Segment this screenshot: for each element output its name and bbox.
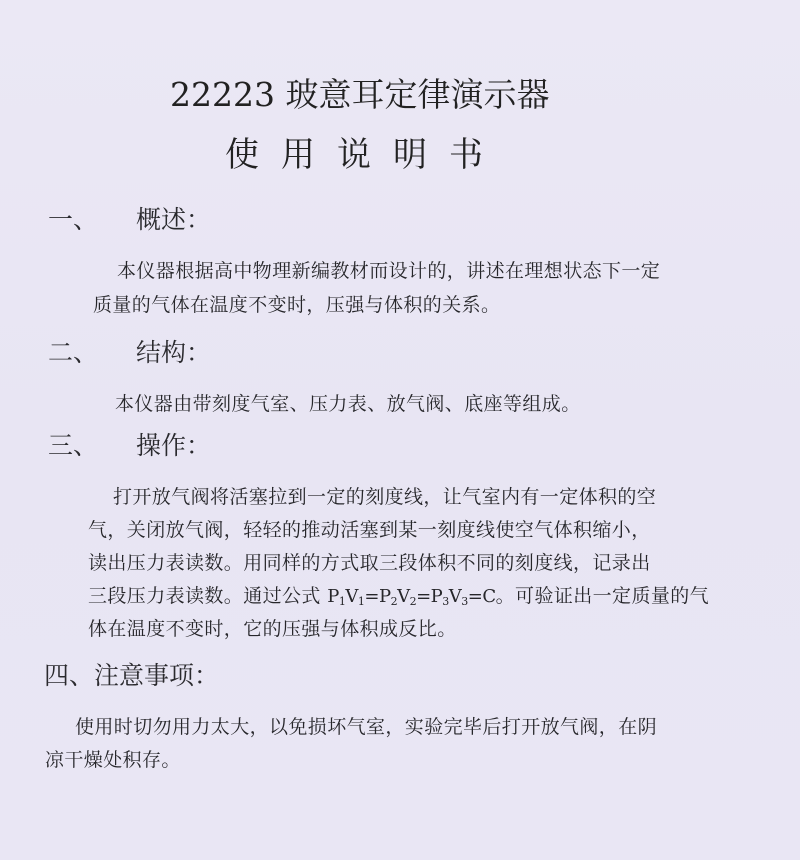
instruction-manual-page: 22223 玻意耳定律演示器 使用说明书 一、概述： 本仪器根据高中物理新编教材… <box>0 0 800 860</box>
section-title: 注意事项： <box>94 661 219 690</box>
formula-intro-text: 三段压力表读数。通过公式 <box>88 585 321 607</box>
formula-outro-text: 。可验证出一定质量的气 <box>496 585 709 607</box>
document-title: 22223 玻意耳定律演示器 <box>170 78 549 111</box>
document-subtitle: 使用说明书 <box>225 138 505 172</box>
section-heading-overview: 一、概述： <box>48 207 211 232</box>
section-heading-precautions: 四、注意事项： <box>44 663 219 688</box>
operation-paragraph-line-4: 三段压力表读数。通过公式 P1V1=P2V2=P3V3=C。可验证出一定质量的气 <box>88 587 709 606</box>
operation-paragraph-line-6: 体在温度不变时，它的压强与体积成反比。 <box>88 620 457 639</box>
section-number: 四、 <box>44 663 94 688</box>
overview-paragraph-line-2: 质量的气体在温度不变时，压强与体积的关系。 <box>93 296 500 315</box>
section-number: 三、 <box>48 433 136 458</box>
section-title: 概述： <box>136 205 211 234</box>
overview-paragraph-line-1: 本仪器根据高中物理新编教材而设计的，讲述在理想状态下一定 <box>117 262 660 281</box>
operation-paragraph-line-2: 气，关闭放气阀，轻轻的推动活塞到某一刻度线使空气体积缩小， <box>88 521 651 540</box>
precautions-paragraph-line-2: 凉干燥处积存。 <box>45 751 181 770</box>
operation-paragraph-line-1: 打开放气阀将活塞拉到一定的刻度线，让气室内有一定体积的空 <box>113 488 656 507</box>
boyle-formula: P1V1=P2V2=P3V3=C <box>327 586 495 607</box>
section-title: 结构： <box>136 338 211 367</box>
structure-paragraph-line-1: 本仪器由带刻度气室、压力表、放气阀、底座等组成。 <box>115 395 581 414</box>
section-number: 二、 <box>48 340 136 365</box>
precautions-paragraph-line-1: 使用时切勿用力太大，以免损坏气室，实验完毕后打开放气阀，在阴 <box>75 718 657 737</box>
section-number: 一、 <box>48 207 136 232</box>
section-heading-operation: 三、操作： <box>48 433 211 458</box>
operation-paragraph-line-3: 读出压力表读数。用同样的方式取三段体积不同的刻度线，记录出 <box>88 554 651 573</box>
section-heading-structure: 二、结构： <box>48 340 211 365</box>
section-title: 操作： <box>136 431 211 460</box>
